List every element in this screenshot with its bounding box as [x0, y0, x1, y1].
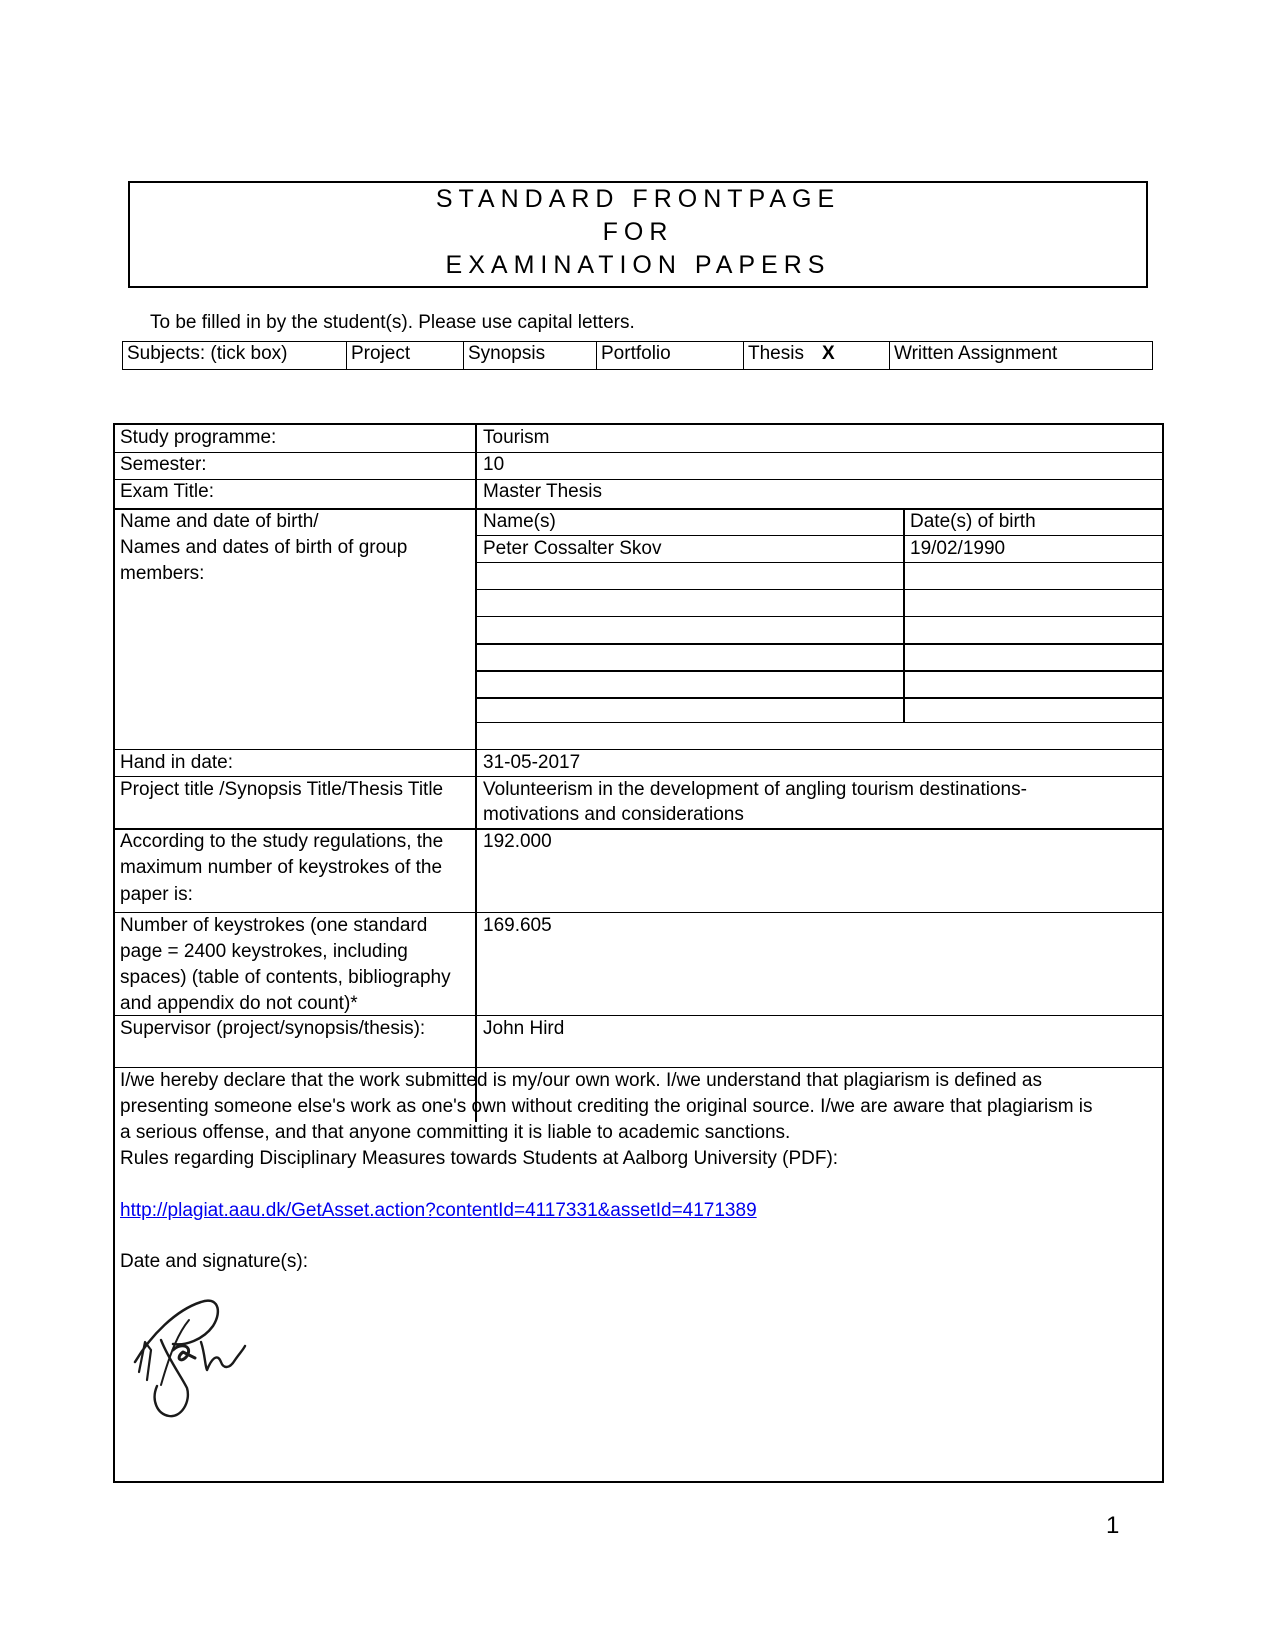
study-programme-label: Study programme:: [120, 425, 276, 452]
max-keystrokes-value[interactable]: 192.000: [483, 829, 552, 856]
page-number: 1: [1106, 1512, 1119, 1540]
subject-option-label: Portfolio: [601, 343, 671, 364]
keystrokes-label-line-4: and appendix do not count)*: [120, 991, 358, 1018]
disciplinary-rules-link[interactable]: http://plagiat.aau.dk/GetAsset.action?co…: [120, 1200, 757, 1221]
subject-option-label: Synopsis: [468, 343, 545, 364]
keystrokes-label-line-1: Number of keystrokes (one standard: [120, 913, 427, 940]
declaration-line-2: presenting someone else's work as one's …: [120, 1094, 1157, 1121]
keystrokes-value[interactable]: 169.605: [483, 913, 552, 940]
names-header: Name(s): [483, 509, 556, 536]
declaration-line-3: a serious offense, and that anyone commi…: [120, 1120, 1157, 1147]
subject-option-label: Written Assignment: [894, 343, 1057, 364]
dates-header: Date(s) of birth: [910, 509, 1036, 536]
study-programme-value[interactable]: Tourism: [483, 425, 550, 452]
declaration-line-4: Rules regarding Disciplinary Measures to…: [120, 1146, 1157, 1173]
instruction-text: To be filled in by the student(s). Pleas…: [150, 312, 635, 334]
subject-option-thesis[interactable]: ThesisX: [744, 342, 890, 369]
max-keystrokes-label-line-3: paper is:: [120, 882, 193, 909]
subject-option-project[interactable]: Project: [347, 342, 464, 369]
members-label-line-3: members:: [120, 561, 204, 588]
subject-option-label: Project: [351, 343, 410, 364]
subject-option-synopsis[interactable]: Synopsis: [464, 342, 597, 369]
members-label-line-1: Name and date of birth/: [120, 509, 319, 536]
semester-label: Semester:: [120, 452, 207, 479]
form-table: Study programme: Tourism Semester: 10 Ex…: [113, 423, 1164, 1483]
subject-option-label: Thesis: [748, 343, 804, 364]
tick-mark: X: [822, 343, 835, 364]
signature-label: Date and signature(s):: [120, 1249, 308, 1276]
semester-value[interactable]: 10: [483, 452, 504, 479]
supervisor-value[interactable]: John Hird: [483, 1016, 564, 1043]
exam-title-label: Exam Title:: [120, 479, 214, 506]
project-title-label: Project title /Synopsis Title/Thesis Tit…: [120, 777, 443, 804]
hand-in-date-value[interactable]: 31-05-2017: [483, 750, 580, 777]
exam-title-value[interactable]: Master Thesis: [483, 479, 602, 506]
title-line-3: EXAMINATION PAPERS: [130, 251, 1146, 280]
title-box: STANDARD FRONTPAGE FOR EXAMINATION PAPER…: [128, 181, 1148, 288]
max-keystrokes-label-line-2: maximum number of keystrokes of the: [120, 855, 442, 882]
declaration-line-1: I/we hereby declare that the work submit…: [120, 1068, 1157, 1095]
keystrokes-label-line-3: spaces) (table of contents, bibliography: [120, 965, 451, 992]
max-keystrokes-label-line-1: According to the study regulations, the: [120, 829, 443, 856]
project-title-value-line-1[interactable]: Volunteerism in the development of angli…: [483, 777, 1027, 804]
title-line-2: FOR: [130, 218, 1146, 247]
signature-icon: [121, 1280, 261, 1420]
member-name[interactable]: Peter Cossalter Skov: [483, 536, 661, 563]
keystrokes-label-line-2: page = 2400 keystrokes, including: [120, 939, 408, 966]
subjects-table: Subjects: (tick box) Project Synopsis Po…: [122, 341, 1153, 370]
members-label-line-2: Names and dates of birth of group: [120, 535, 407, 562]
subject-option-portfolio[interactable]: Portfolio: [597, 342, 744, 369]
title-line-1: STANDARD FRONTPAGE: [130, 185, 1146, 214]
subjects-label: Subjects: (tick box): [123, 342, 347, 369]
supervisor-label: Supervisor (project/synopsis/thesis):: [120, 1016, 425, 1043]
column-divider: [475, 425, 477, 1122]
hand-in-date-label: Hand in date:: [120, 750, 233, 777]
member-dob[interactable]: 19/02/1990: [910, 536, 1005, 563]
project-title-value-line-2[interactable]: motivations and considerations: [483, 802, 744, 829]
subject-option-written-assignment[interactable]: Written Assignment: [890, 342, 1152, 369]
